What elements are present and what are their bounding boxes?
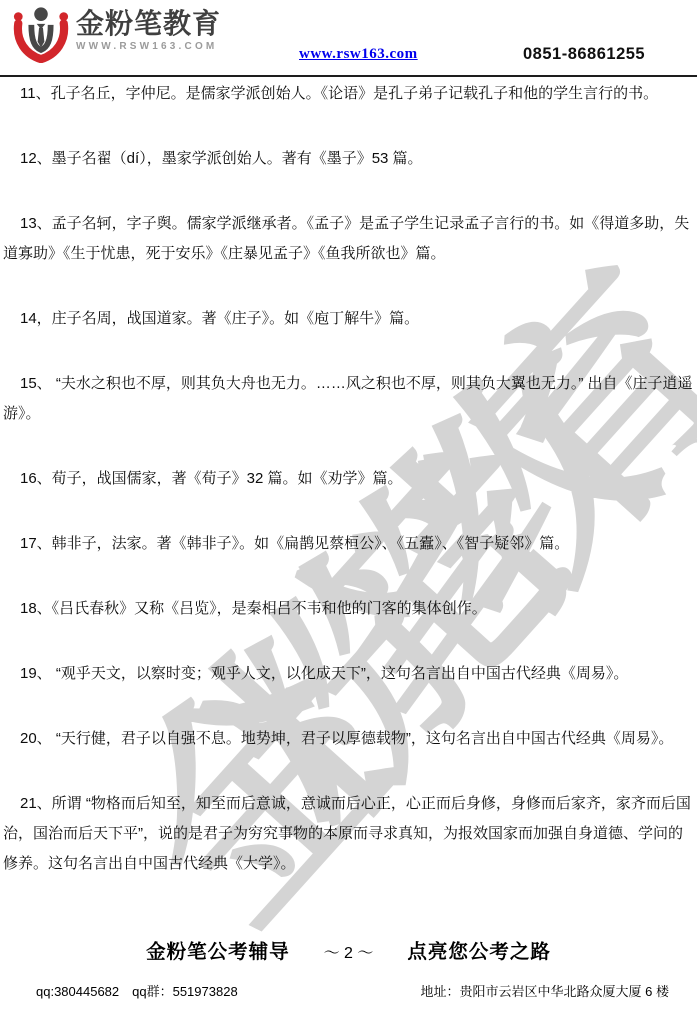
contact-row: qq:380445682 qq群：551973828 地址：贵阳市云岩区中华北路… (36, 981, 669, 1000)
list-item: 13、孟子名轲，字子舆。儒家学派继承者。《孟子》是孟子学生记录孟子言行的书。如《… (3, 209, 695, 269)
list-item: 14，庄子名周，战国道家。著《庄子》。如《庖丁解牛》篇。 (3, 304, 695, 334)
list-item: 21、所谓 “物格而后知至，知至而后意诚，意诚而后心正，心正而后身修，身修而后家… (3, 789, 695, 879)
header: 金粉笔教育 WWW.RSW163.COM www.rsw163.com 0851… (0, 0, 697, 77)
list-item: 12、墨子名翟（dí），墨家学派创始人。著有《墨子》53 篇。 (3, 144, 695, 174)
page-footer: 金粉笔公考辅导 ～ 2 ～ 点亮您公考之路 (0, 936, 697, 964)
company-logo-icon (12, 5, 70, 63)
list-item: 20、 “天行健，君子以自强不息。地势坤，君子以厚德载物”，这句名言出自中国古代… (3, 724, 695, 754)
list-item: 17、韩非子，法家。著《韩非子》。如《扁鹊见蔡桓公》、《五蠹》、《智子疑邻》篇。 (3, 529, 695, 559)
document-page: 金粉笔教育 金粉笔教育 WWW.RSW163.COM www.rsw163.co… (0, 0, 697, 1019)
brand-site-url: WWW.RSW163.COM (76, 41, 221, 52)
qq-contact: qq:380445682 qq群：551973828 (36, 981, 238, 1000)
list-item: 11、孔子名丘，字仲尼。是儒家学派创始人。《论语》是孔子弟子记载孔子和他的学生言… (3, 79, 695, 109)
page-number: ～ 2 ～ (324, 940, 374, 963)
footer-slogan-left: 金粉笔公考辅导 (146, 936, 290, 964)
footer-slogan-right: 点亮您公考之路 (407, 936, 551, 964)
brand-block: 金粉笔教育 WWW.RSW163.COM (76, 9, 221, 52)
brand-name: 金粉笔教育 (76, 9, 221, 39)
list-item: 19、 “观乎天文，以察时变；观乎人文，以化成天下”，这句名言出自中国古代经典《… (3, 659, 695, 689)
phone-number: 0851-86861255 (523, 45, 645, 64)
list-item: 18、《吕氏春秋》又称《吕览》，是秦相吕不韦和他的门客的集体创作。 (3, 594, 695, 624)
list-item: 16、荀子，战国儒家，著《荀子》32 篇。如《劝学》篇。 (3, 464, 695, 494)
content-body: 11、孔子名丘，字仲尼。是儒家学派创始人。《论语》是孔子弟子记载孔子和他的学生言… (0, 77, 697, 879)
list-item: 15、 “夫水之积也不厚，则其负大舟也无力。……风之积也不厚，则其负大翼也无力。… (3, 369, 695, 429)
website-link[interactable]: www.rsw163.com (299, 46, 418, 63)
address: 地址：贵阳市云岩区中华北路众厦大厦 6 楼 (421, 981, 669, 1000)
